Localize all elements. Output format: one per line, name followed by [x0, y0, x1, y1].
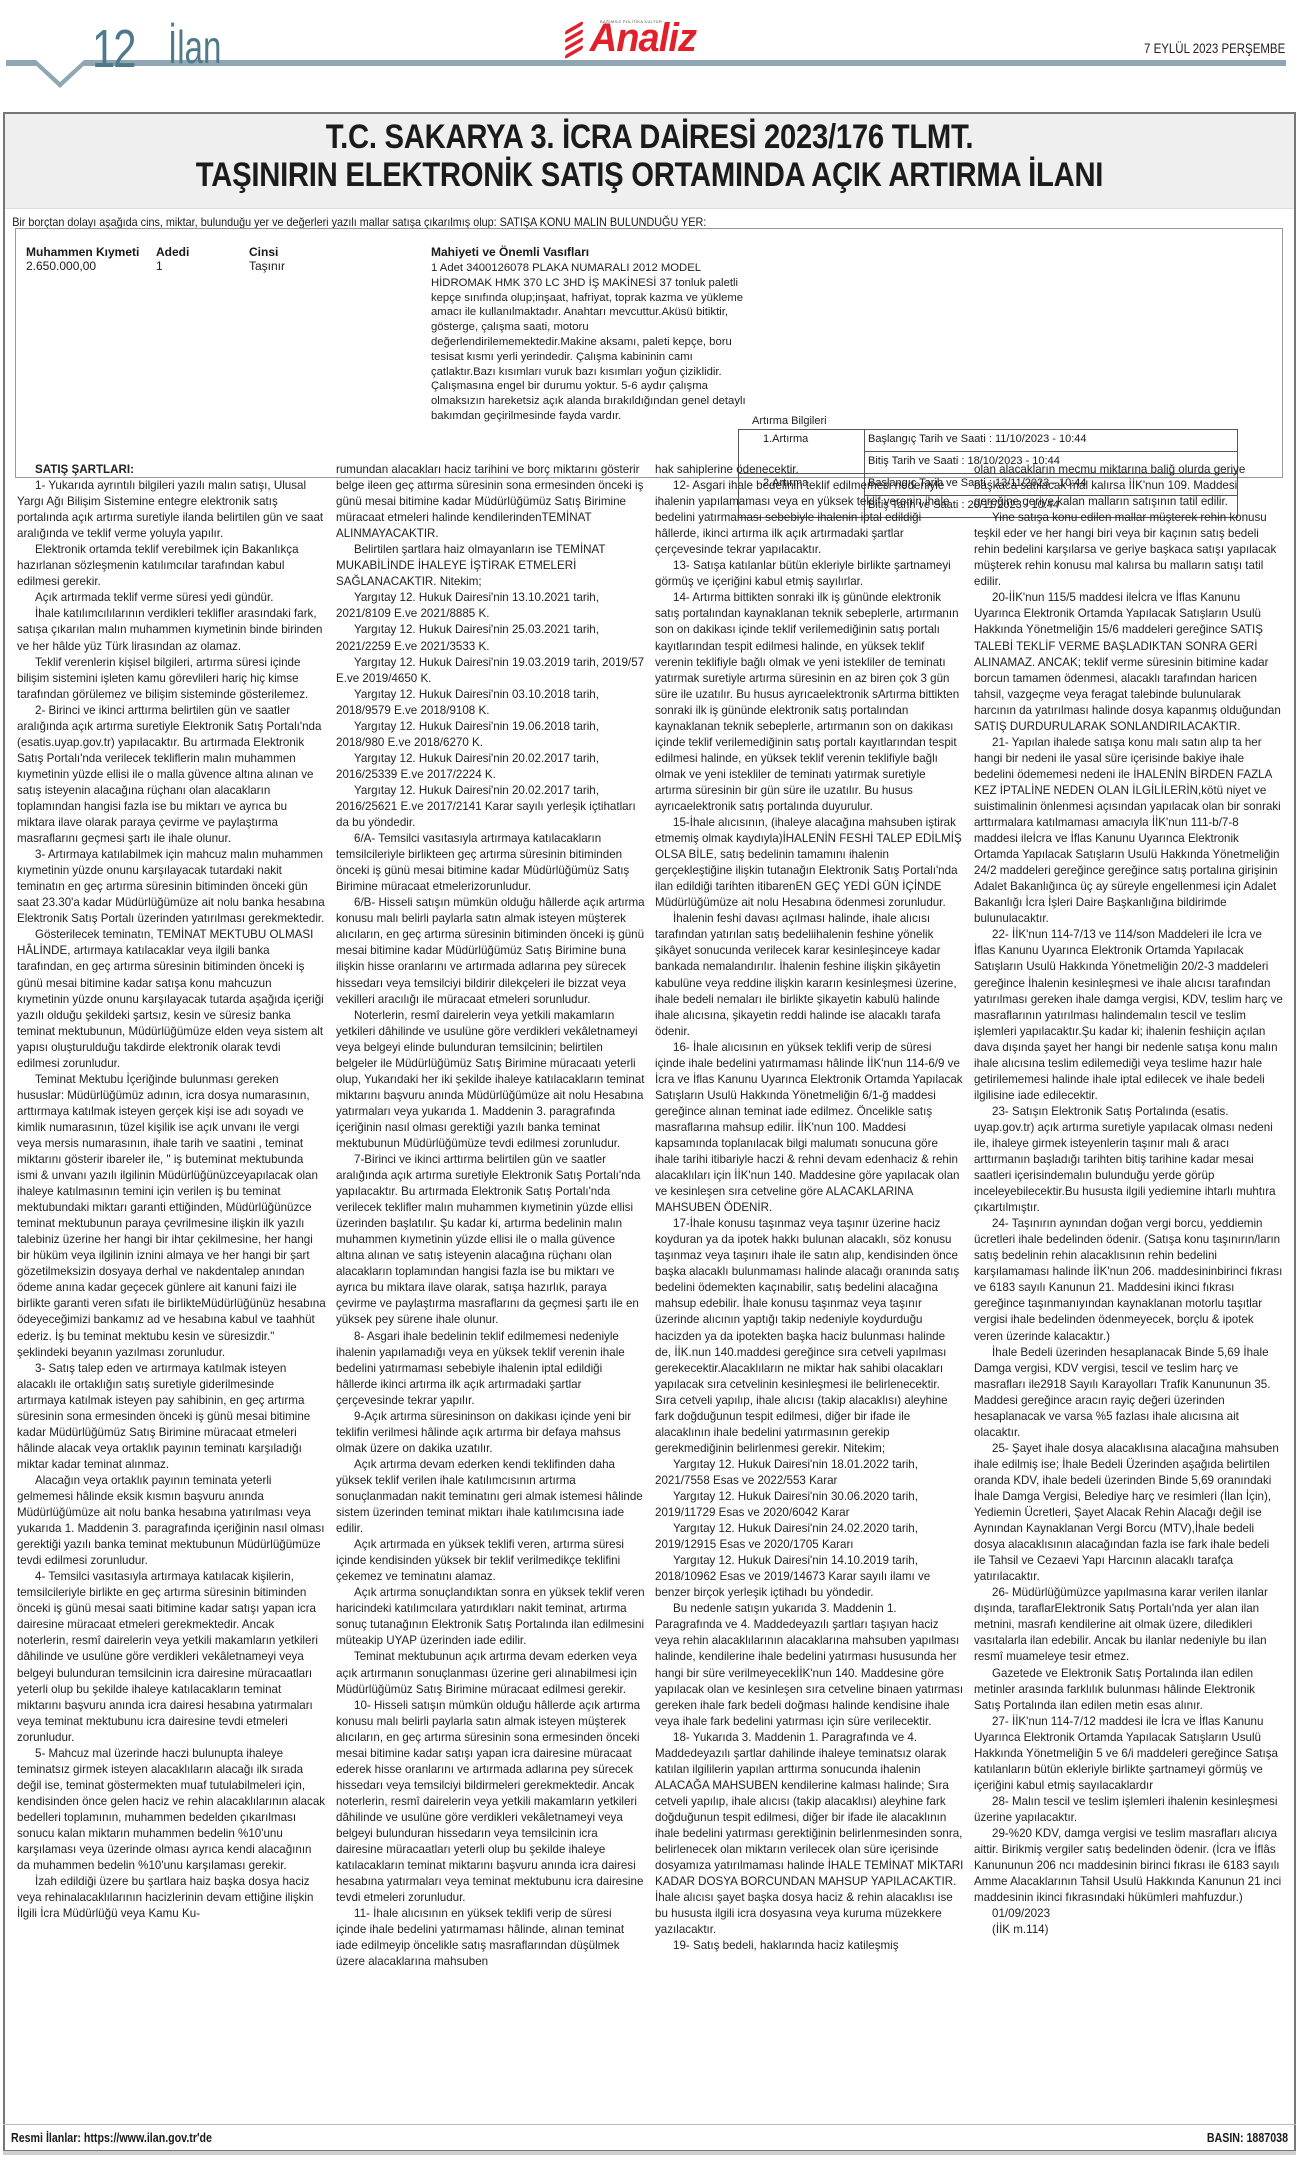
paragraph: 4- Temsilci vasıtasıyla artırmaya katıla…	[17, 1569, 326, 1746]
section-name: İlan	[168, 20, 221, 74]
legal-notice: T.C. SAKARYA 3. İCRA DAİRESİ 2023/176 TL…	[3, 112, 1296, 2152]
paragraph: Alacağın veya ortaklık payının teminata …	[17, 1473, 326, 1569]
header-value: Muhammen Kıymeti	[26, 245, 139, 259]
paragraph: 15-İhale alıcısının, (ihaleye alacağına …	[655, 815, 964, 911]
paragraph: 9-Açık artırma süresininson on dakikası …	[336, 1409, 645, 1457]
paragraph: 13- Satışa katılanlar bütün ekleriyle bi…	[655, 558, 964, 590]
paragraph: 26- Müdürlüğümüzce yapılmasına karar ver…	[974, 1585, 1283, 1665]
paragraph: Belirtilen şartlara haiz olmayanların is…	[336, 542, 645, 590]
auction-info-title: Artırma Bilgileri	[752, 415, 827, 427]
paragraph: 23- Satışın Elektronik Satış Portalında …	[974, 1104, 1283, 1216]
paragraph: Elektronik ortamda teklif verebilmek içi…	[17, 542, 326, 590]
paragraph: Açık artırmada en yüksek teklifi veren, …	[336, 1537, 645, 1585]
paragraph: İhale Bedeli üzerinden hesaplanacak Bind…	[974, 1345, 1283, 1441]
paragraph: Açık artırmada teklif verme süresi yedi …	[17, 590, 326, 606]
paragraph: Yargıtay 12. Hukuk Dairesi'nin 18.01.202…	[655, 1457, 964, 1489]
auction-start: Başlangıç Tarih ve Saati : 11/10/2023 - …	[865, 430, 1238, 452]
terms-columns: SATIŞ ŞARTLARI:1- Yukarıda ayrıntılı bil…	[17, 462, 1285, 2107]
paragraph: 7-Birinci ve ikinci arttırma belirtilen …	[336, 1152, 645, 1329]
paragraph: olan alacakların mecmu miktarına baliğ o…	[974, 462, 1283, 510]
paragraph: 6/A- Temsilci vasıtasıyla artırmaya katı…	[336, 831, 645, 895]
paragraph: hak sahiplerine ödenecektir.	[655, 462, 964, 478]
paragraph: SATIŞ ŞARTLARI:	[17, 462, 326, 478]
paragraph: Yargıtay 12. Hukuk Dairesi'nin 14.10.201…	[655, 1553, 964, 1601]
paragraph: Yargıtay 12. Hukuk Dairesi'nin 03.10.201…	[336, 687, 645, 719]
paragraph: Noterlerin, resmî dairelerin veya yetkil…	[336, 1008, 645, 1152]
paragraph: Yine satışa konu edilen mallar müşterek …	[974, 510, 1283, 590]
paragraph: rumundan alacakları haciz tarihini ve bo…	[336, 462, 645, 542]
paragraph: Teminat Mektubu İçeriğinde bulunması ger…	[17, 1072, 326, 1361]
paragraph: 19- Satış bedeli, haklarında haciz katil…	[655, 1938, 964, 1954]
item-details-box: Muhammen Kıymeti Adedi Cinsi Mahiyeti ve…	[15, 228, 1283, 478]
header-desc: Mahiyeti ve Önemli Vasıfları	[431, 245, 589, 259]
paragraph: Yargıtay 12. Hukuk Dairesi'nin 20.02.201…	[336, 783, 645, 831]
paragraph: 24- Taşınırın aynından doğan vergi borcu…	[974, 1216, 1283, 1344]
paragraph: 12- Asgari ihale bedelinin teklif edilme…	[655, 478, 964, 558]
paragraph: 6/B- Hisseli satışın mümkün olduğu hâlle…	[336, 895, 645, 1007]
paragraph: İhale katılımcılılarının verdikleri tekl…	[17, 606, 326, 654]
item-count: 1	[156, 259, 163, 273]
notice-title-line1: T.C. SAKARYA 3. İCRA DAİRESİ 2023/176 TL…	[95, 118, 1204, 156]
bottom-shadow	[3, 2151, 1296, 2155]
paragraph: 20-İİK'nun 115/5 maddesi ileİcra ve İfla…	[974, 590, 1283, 734]
logo-tagline: BAĞIMSIZ POLİTİKA KÜLTÜR	[600, 19, 662, 24]
paragraph: Yargıtay 12. Hukuk Dairesi'nin 20.02.201…	[336, 751, 645, 783]
notice-title-line2: TAŞINIRIN ELEKTRONİK SATIŞ ORTAMINDA AÇI…	[95, 156, 1204, 194]
item-description: 1 Adet 3400126078 PLAKA NUMARALI 2012 MO…	[431, 261, 746, 424]
paragraph: Bu nedenle satışın yukarıda 3. Maddenin …	[655, 1601, 964, 1729]
table-row: 1.Artırma Başlangıç Tarih ve Saati : 11/…	[739, 430, 1238, 452]
paragraph: Yargıtay 12. Hukuk Dairesi'nin 24.02.202…	[655, 1521, 964, 1553]
paragraph: 8- Asgari ihale bedelinin teklif edilmem…	[336, 1329, 645, 1409]
paragraph: 22- İİK'nun 114-7/13 ve 114/son Maddeler…	[974, 927, 1283, 1104]
paragraph: 1- Yukarıda ayrıntılı bilgileri yazılı m…	[17, 478, 326, 542]
paragraph: Yargıtay 12. Hukuk Dairesi'nin 25.03.202…	[336, 622, 645, 654]
terms-column-1: SATIŞ ŞARTLARI:1- Yukarıda ayrıntılı bil…	[17, 462, 326, 2107]
paragraph: İzah edildiği üzere bu şartlara haiz baş…	[17, 1874, 326, 1922]
header-type: Cinsi	[249, 245, 278, 259]
page-number: 12	[92, 18, 134, 80]
item-type: Taşınır	[249, 259, 285, 273]
notice-footer: Resmi İlanlar: https://www.ilan.gov.tr'd…	[3, 2124, 1296, 2150]
paragraph: Teklif verenlerin kişisel bilgileri, art…	[17, 655, 326, 703]
logo-text: Analiz	[590, 20, 696, 56]
paragraph: 01/09/2023	[974, 1906, 1283, 1922]
paragraph: 29-%20 KDV, damga vergisi ve teslim masr…	[974, 1826, 1283, 1906]
paragraph: Açık artırma devam ederken kendi teklifi…	[336, 1457, 645, 1537]
paragraph: Yargıtay 12. Hukuk Dairesi'nin 13.10.202…	[336, 590, 645, 622]
paragraph: 21- Yapılan ihalede satışa konu malı sat…	[974, 735, 1283, 928]
logo-swirl-icon	[563, 22, 585, 56]
paragraph: Yargıtay 12. Hukuk Dairesi'nin 19.06.201…	[336, 719, 645, 751]
paragraph: 16- İhale alıcısının en yüksek teklifi v…	[655, 1040, 964, 1217]
paragraph: Açık artırma sonuçlandıktan sonra en yük…	[336, 1585, 645, 1649]
item-value: 2.650.000,00	[26, 259, 96, 273]
official-notices-link[interactable]: Resmi İlanlar: https://www.ilan.gov.tr'd…	[11, 2130, 212, 2145]
paragraph: 18- Yukarıda 3. Maddenin 1. Paragrafında…	[655, 1730, 964, 1939]
issue-date: 7 EYLÜL 2023 PERŞEMBE	[1144, 40, 1285, 56]
paragraph: 28- Malın tescil ve teslim işlemleri iha…	[974, 1794, 1283, 1826]
header-count: Adedi	[156, 245, 189, 259]
paragraph: 17-İhale konusu taşınmaz veya taşınır üz…	[655, 1216, 964, 1457]
paragraph: 5- Mahcuz mal üzerinde haczi bulunupta i…	[17, 1746, 326, 1874]
terms-column-2: rumundan alacakları haciz tarihini ve bo…	[336, 462, 645, 2107]
paragraph: Gazetede ve Elektronik Satış Portalında …	[974, 1666, 1283, 1714]
paragraph: 14- Artırma bittikten sonraki ilk iş gün…	[655, 590, 964, 815]
paragraph: 11- İhale alıcısının en yüksek teklifi v…	[336, 1906, 645, 1970]
paragraph: (İİK m.114)	[974, 1922, 1283, 1938]
paragraph: Gösterilecek teminatın, TEMİNAT MEKTUBU …	[17, 927, 326, 1071]
paragraph: 3- Artırmaya katılabilmek için mahcuz ma…	[17, 847, 326, 927]
terms-column-4: olan alacakların mecmu miktarına baliğ o…	[974, 462, 1283, 2107]
notice-title-band: T.C. SAKARYA 3. İCRA DAİRESİ 2023/176 TL…	[5, 114, 1294, 209]
terms-column-3: hak sahiplerine ödenecektir.12- Asgari i…	[655, 462, 964, 2107]
paragraph: Yargıtay 12. Hukuk Dairesi'nin 19.03.201…	[336, 655, 645, 687]
paragraph: Teminat mektubunun açık artırma devam ed…	[336, 1649, 645, 1697]
paragraph: 2- Birinci ve ikinci arttırma belirtilen…	[17, 703, 326, 847]
paragraph: 3- Satış talep eden ve artırmaya katılma…	[17, 1361, 326, 1473]
paragraph: 10- Hisseli satışın mümkün olduğu hâller…	[336, 1698, 645, 1907]
masthead: 12 İlan Analiz BAĞIMSIZ POLİTİKA KÜLTÜR …	[0, 0, 1299, 95]
chevron-inner	[36, 60, 84, 82]
paragraph: İhalenin feshi davası açılması halinde, …	[655, 911, 964, 1039]
paragraph: Yargıtay 12. Hukuk Dairesi'nin 30.06.202…	[655, 1489, 964, 1521]
paragraph: 27- İİK'nun 114-7/12 maddesi ile İcra ve…	[974, 1714, 1283, 1794]
paragraph: 25- Şayet ihale dosya alacaklısına alaca…	[974, 1441, 1283, 1585]
press-number: BASIN: 1887038	[1207, 2130, 1288, 2145]
